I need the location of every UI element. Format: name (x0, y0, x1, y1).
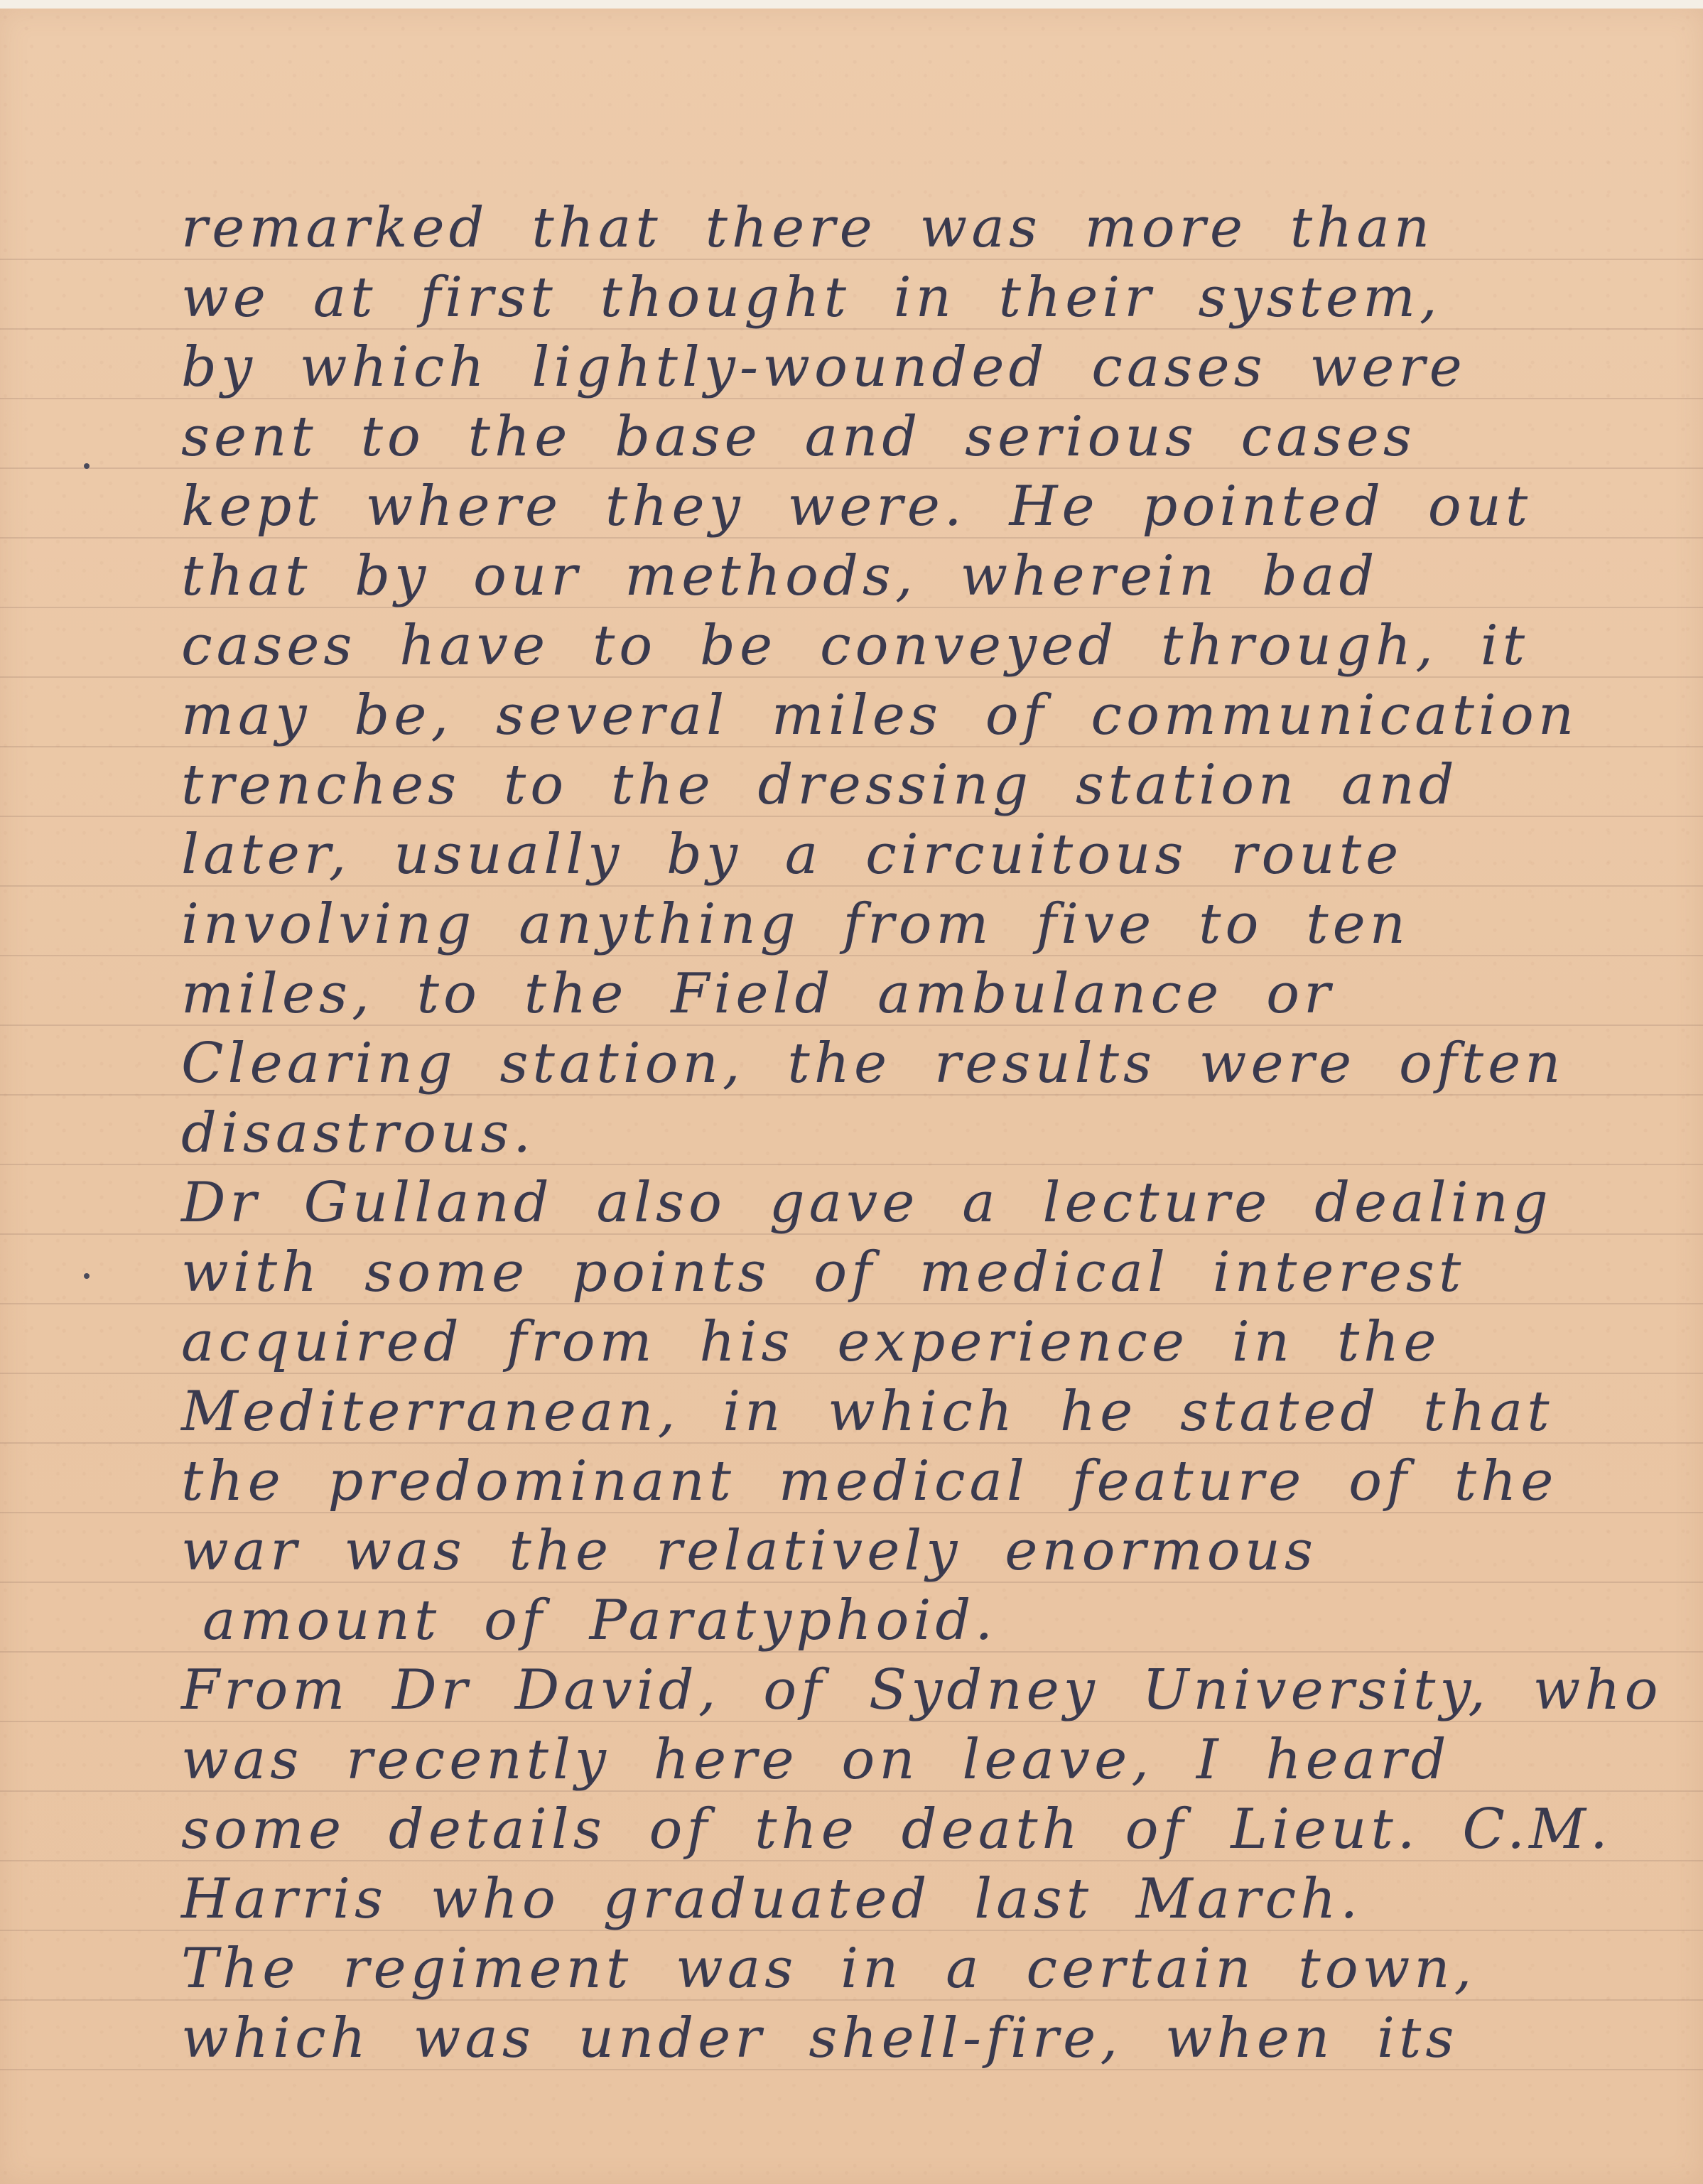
text-line: From Dr David, of Sydney University, who (181, 1663, 1663, 1718)
text-line: miles, to the Field ambulance or (181, 966, 1334, 1022)
text-line: amount of Paratyphoid. (202, 1593, 997, 1648)
text-line: disastrous. (181, 1105, 535, 1161)
text-line: war was the relatively enormous (181, 1523, 1317, 1579)
text-line: kept where they were. He pointed out (181, 479, 1532, 534)
text-line: cases have to be conveyed through, it (181, 618, 1529, 674)
text-line: with some points of medical interest (181, 1245, 1465, 1300)
text-line: the predominant medical feature of the (181, 1454, 1557, 1509)
text-line: Mediterranean, in which he stated that (181, 1384, 1554, 1439)
text-line: trenches to the dressing station and (181, 757, 1459, 813)
text-line: sent to the base and serious cases (181, 409, 1416, 465)
margin-mark (84, 1273, 90, 1279)
text-line: by which lightly-wounded cases were (181, 340, 1466, 395)
text-line: Clearing station, the results were often (181, 1036, 1565, 1091)
margin-mark (84, 463, 90, 469)
text-line: involving anything from five to ten (181, 897, 1410, 952)
text-line: remarked that there was more than (181, 200, 1434, 256)
text-line: may be, several miles of communication (181, 688, 1578, 743)
text-line: was recently here on leave, I heard (181, 1732, 1451, 1788)
text-line: which was under shell-fire, when its (181, 2011, 1458, 2066)
text-line: The regiment was in a certain town, (181, 1941, 1476, 1996)
text-line: acquired from his experience in the (181, 1314, 1441, 1370)
text-line: that by our methods, wherein bad (181, 548, 1378, 604)
letter-page: remarked that there was more than we at … (0, 9, 1703, 2184)
text-line: Harris who graduated last March. (181, 1871, 1362, 1927)
text-line: some details of the death of Lieut. C.M. (181, 1802, 1612, 1857)
text-line: we at first thought in their system, (181, 270, 1442, 325)
text-line: later, usually by a circuitous route (181, 827, 1402, 882)
text-line: Dr Gulland also gave a lecture dealing (181, 1175, 1552, 1231)
